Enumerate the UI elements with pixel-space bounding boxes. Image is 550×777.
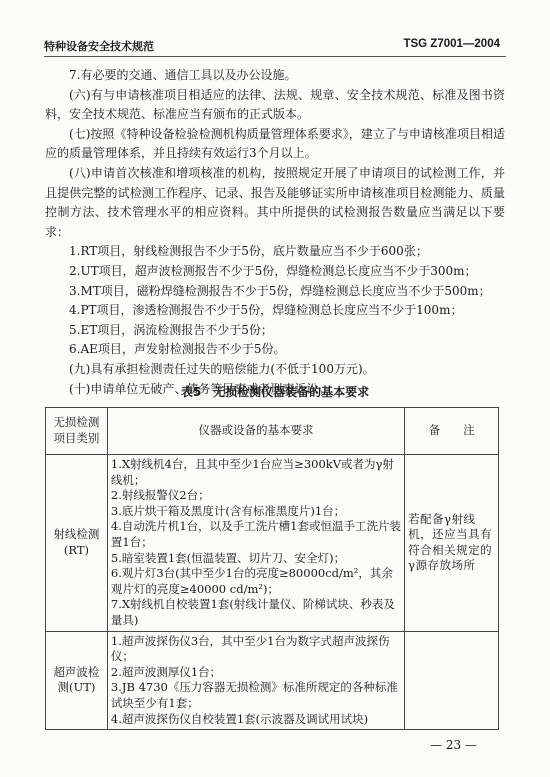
- table-row: 射线检测(RT) 1.X射线机4台，且其中至少1台应当≥300kV或者为γ射线机…: [46, 455, 499, 632]
- note-cell: 若配备γ射线机，还应当具有符合相关规定的γ源存放场所: [405, 455, 499, 632]
- paragraph: (七)按照《特种设备检验检测机构质量管理体系要求》，建立了与申请核准项目相适应的…: [45, 125, 505, 164]
- column-header-category: 无损检测项目类别: [46, 408, 108, 455]
- requirement-item: 6.观片灯3台(其中至少1台的亮度≥80000cd/m²，其余观片灯的亮度≥40…: [111, 566, 401, 597]
- requirement-item: 2.射线报警仪2台；: [111, 488, 401, 504]
- requirement-item: 3.JB 4730《压力容器无损检测》标准所规定的各种标准试块至少有1套；: [111, 680, 401, 711]
- requirements-cell: 1.X射线机4台，且其中至少1台应当≥300kV或者为γ射线机； 2.射线报警仪…: [107, 455, 404, 632]
- paragraph: 7.有必要的交通、通信工具以及办公设施。: [45, 66, 505, 86]
- category-cell: 超声波检测(UT): [46, 631, 108, 730]
- list-item: 6.AE项目，声发射检测报告不少于5份。: [45, 340, 505, 360]
- header-title: 特种设备安全技术规范: [44, 38, 154, 54]
- table-caption: 表5 无损检测仪器装备的基本要求: [0, 383, 550, 400]
- requirement-item: 2.超声波测厚仪1台；: [111, 665, 401, 681]
- list-item: 5.ET项目，涡流检测报告不少于5份；: [45, 321, 505, 341]
- paragraph: (六)有与申请核准项目相适应的法律、法规、规章、安全技术规范、标准及图书资料，安…: [45, 86, 505, 125]
- page-number: — 23 —: [430, 738, 477, 752]
- page-header: 特种设备安全技术规范 TSG Z7001—2004: [44, 36, 506, 57]
- note-cell: [405, 631, 499, 730]
- requirements-cell: 1.超声波探伤仪3台，其中至少1台为数字式超声波探伤仪； 2.超声波测厚仪1台；…: [107, 631, 404, 730]
- column-header-requirements: 仪器或设备的基本要求: [107, 408, 404, 455]
- list-item: 1.RT项目，射线检测报告不少于5份，底片数量应当不少于600张；: [45, 242, 505, 262]
- requirement-item: 4.超声波探伤仪自校装置1套(示波器及调试用试块): [111, 712, 401, 728]
- requirement-item: 1.超声波探伤仪3台，其中至少1台为数字式超声波探伤仪；: [111, 634, 401, 665]
- table-row: 超声波检测(UT) 1.超声波探伤仪3台，其中至少1台为数字式超声波探伤仪； 2…: [46, 631, 499, 730]
- paragraph: (九)具有承担检测责任过失的赔偿能力(不低于100万元)。: [45, 360, 505, 380]
- column-header-notes: 备 注: [405, 408, 499, 455]
- body-text: 7.有必要的交通、通信工具以及办公设施。 (六)有与申请核准项目相适应的法律、法…: [45, 66, 505, 399]
- equipment-requirements-table: 无损检测项目类别 仪器或设备的基本要求 备 注 射线检测(RT) 1.X射线机4…: [45, 407, 499, 730]
- category-cell: 射线检测(RT): [46, 455, 108, 632]
- paragraph: (八)申请首次核准和增项核准的机构，按照规定开展了申请项目的试检测工作，并且提供…: [45, 164, 505, 242]
- requirement-item: 4.自动洗片机1台，以及手工洗片槽1套或恒温手工洗片装置1台；: [111, 519, 401, 550]
- list-item: 2.UT项目，超声波检测报告不少于5份，焊缝检测总长度应当不少于300m；: [45, 262, 505, 282]
- list-item: 4.PT项目，渗透检测报告不少于5份，焊缝检测总长度应当不少于100m；: [45, 301, 505, 321]
- table-header-row: 无损检测项目类别 仪器或设备的基本要求 备 注: [46, 408, 499, 455]
- requirement-item: 1.X射线机4台，且其中至少1台应当≥300kV或者为γ射线机；: [111, 457, 401, 488]
- requirement-item: 3.底片烘干箱及黑度计(含有标准黑度片)1台；: [111, 504, 401, 520]
- header-standard-code: TSG Z7001—2004: [403, 38, 500, 50]
- requirement-item: 5.暗室装置1套(恒温装置、切片刀、安全灯)；: [111, 551, 401, 567]
- list-item: 3.MT项目，磁粉焊缝检测报告不少于5份，焊缝检测总长度应当不少于500m；: [45, 282, 505, 302]
- requirement-item: 7.X射线机自校装置1套(射线计量仪、阶梯试块、秒表及量具): [111, 597, 401, 628]
